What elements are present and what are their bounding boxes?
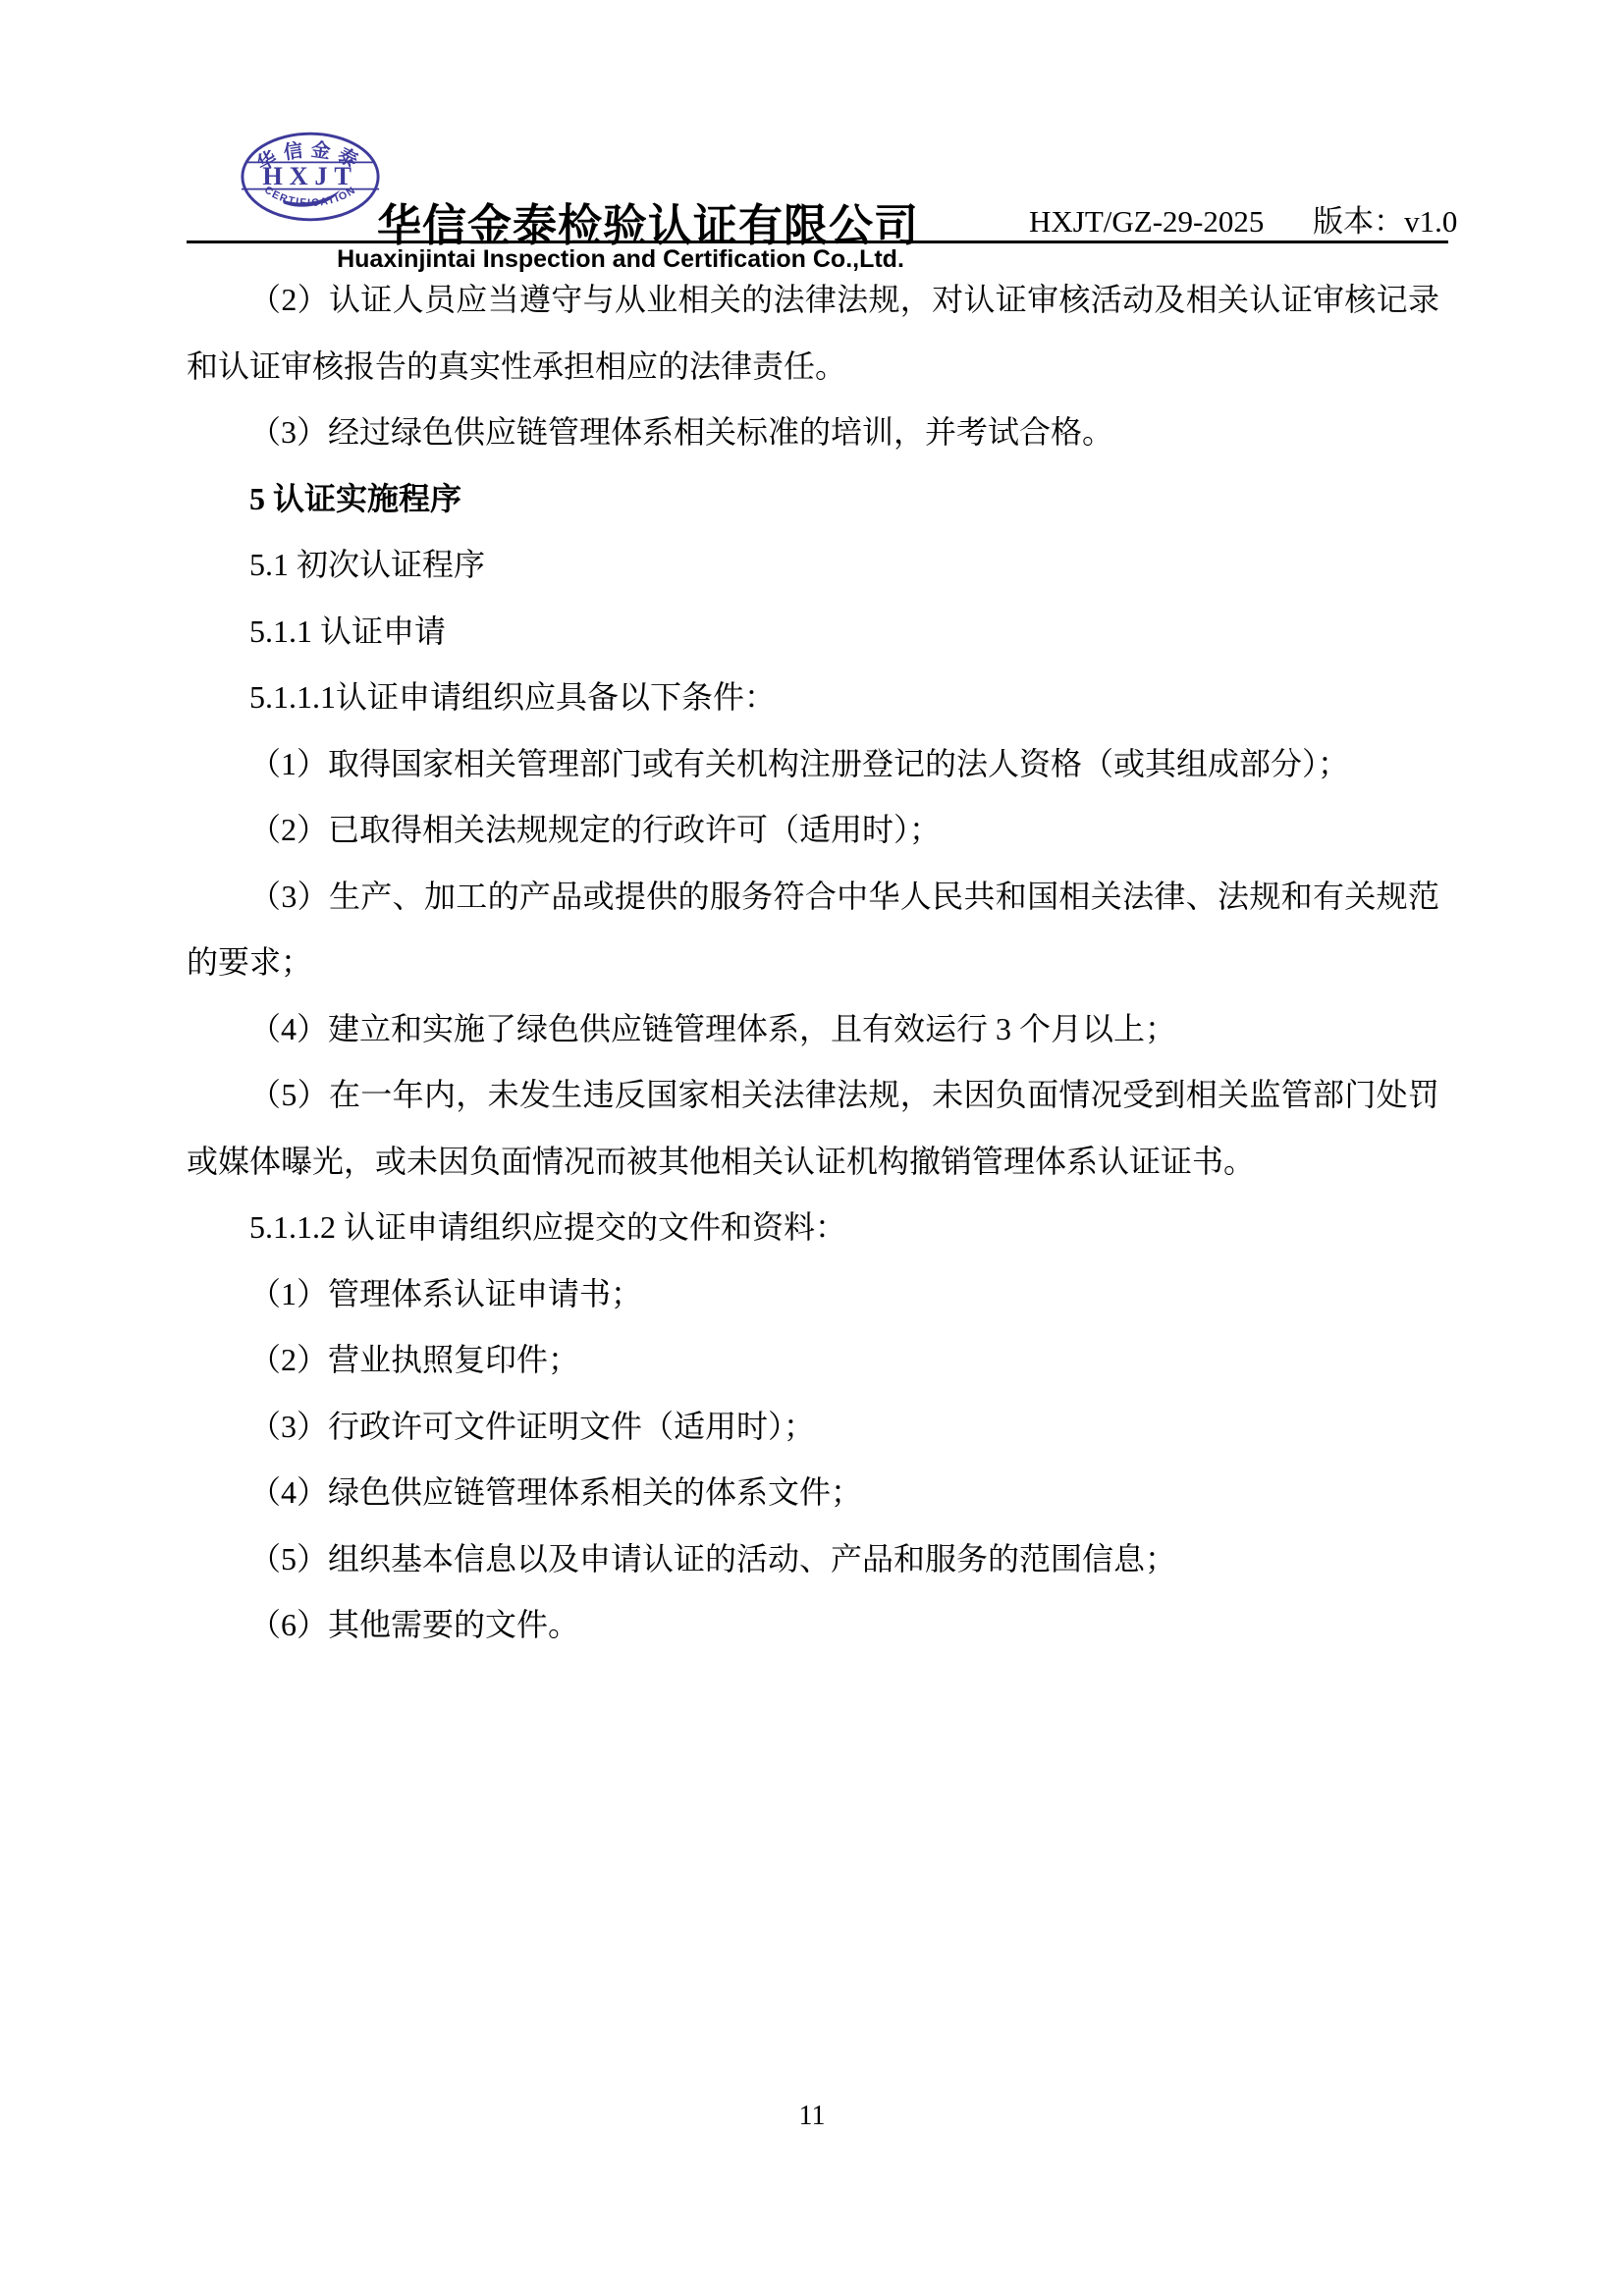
paragraph: （3）经过绿色供应链管理体系相关标准的培训，并考试合格。 bbox=[187, 400, 1439, 466]
header-rule bbox=[187, 240, 1448, 243]
paragraph: 5.1 初次认证程序 bbox=[187, 532, 1439, 599]
paragraph: （3）行政许可文件证明文件（适用时）； bbox=[187, 1394, 1439, 1461]
company-seal-logo: 华信金泰 HXJT CERTIFICATION bbox=[239, 130, 382, 224]
paragraph: （5）在一年内，未发生违反国家相关法律法规，未因负面情况受到相关监管部门处罚或媒… bbox=[187, 1062, 1439, 1195]
paragraph: 5 认证实施程序 bbox=[187, 466, 1439, 533]
document-body: （2）认证人员应当遵守与从业相关的法律法规，对认证审核活动及相关认证审核记录和认… bbox=[187, 267, 1439, 1659]
paragraph: 5.1.1.1认证申请组织应具备以下条件： bbox=[187, 665, 1439, 731]
paragraph: （6）其他需要的文件。 bbox=[187, 1592, 1439, 1659]
paragraph: （5）组织基本信息以及申请认证的活动、产品和服务的范围信息； bbox=[187, 1526, 1439, 1593]
document-page: 华信金泰 HXJT CERTIFICATION 华信金泰检验认证有限公司 HXJ… bbox=[0, 0, 1624, 2296]
paragraph: （4）建立和实施了绿色供应链管理体系，且有效运行 3 个月以上； bbox=[187, 996, 1439, 1063]
paragraph: （2）营业执照复印件； bbox=[187, 1327, 1439, 1394]
seal-acronym: HXJT bbox=[262, 162, 357, 190]
doc-reference-line: HXJT/GZ-29-2025 版本：v1.0 bbox=[1029, 196, 1457, 240]
paragraph: （4）绿色供应链管理体系相关的体系文件； bbox=[187, 1460, 1439, 1526]
paragraph: （1）取得国家相关管理部门或有关机构注册登记的法人资格（或其组成部分）； bbox=[187, 731, 1439, 798]
paragraph: （1）管理体系认证申请书； bbox=[187, 1261, 1439, 1328]
paragraph: （2）已取得相关法规规定的行政许可（适用时）； bbox=[187, 797, 1439, 864]
page-number: 11 bbox=[0, 2101, 1624, 2132]
paragraph: （3）生产、加工的产品或提供的服务符合中华人民共和国相关法律、法规和有关规范的要… bbox=[187, 864, 1439, 996]
version-label: 版本：v1.0 bbox=[1313, 204, 1457, 239]
paragraph: （2）认证人员应当遵守与从业相关的法律法规，对认证审核活动及相关认证审核记录和认… bbox=[187, 267, 1439, 400]
company-name-cn: 华信金泰检验认证有限公司 bbox=[377, 189, 919, 253]
doc-number: HXJT/GZ-29-2025 bbox=[1029, 204, 1264, 239]
paragraph: 5.1.1.2 认证申请组织应提交的文件和资料： bbox=[187, 1195, 1439, 1261]
paragraph: 5.1.1 认证申请 bbox=[187, 599, 1439, 666]
